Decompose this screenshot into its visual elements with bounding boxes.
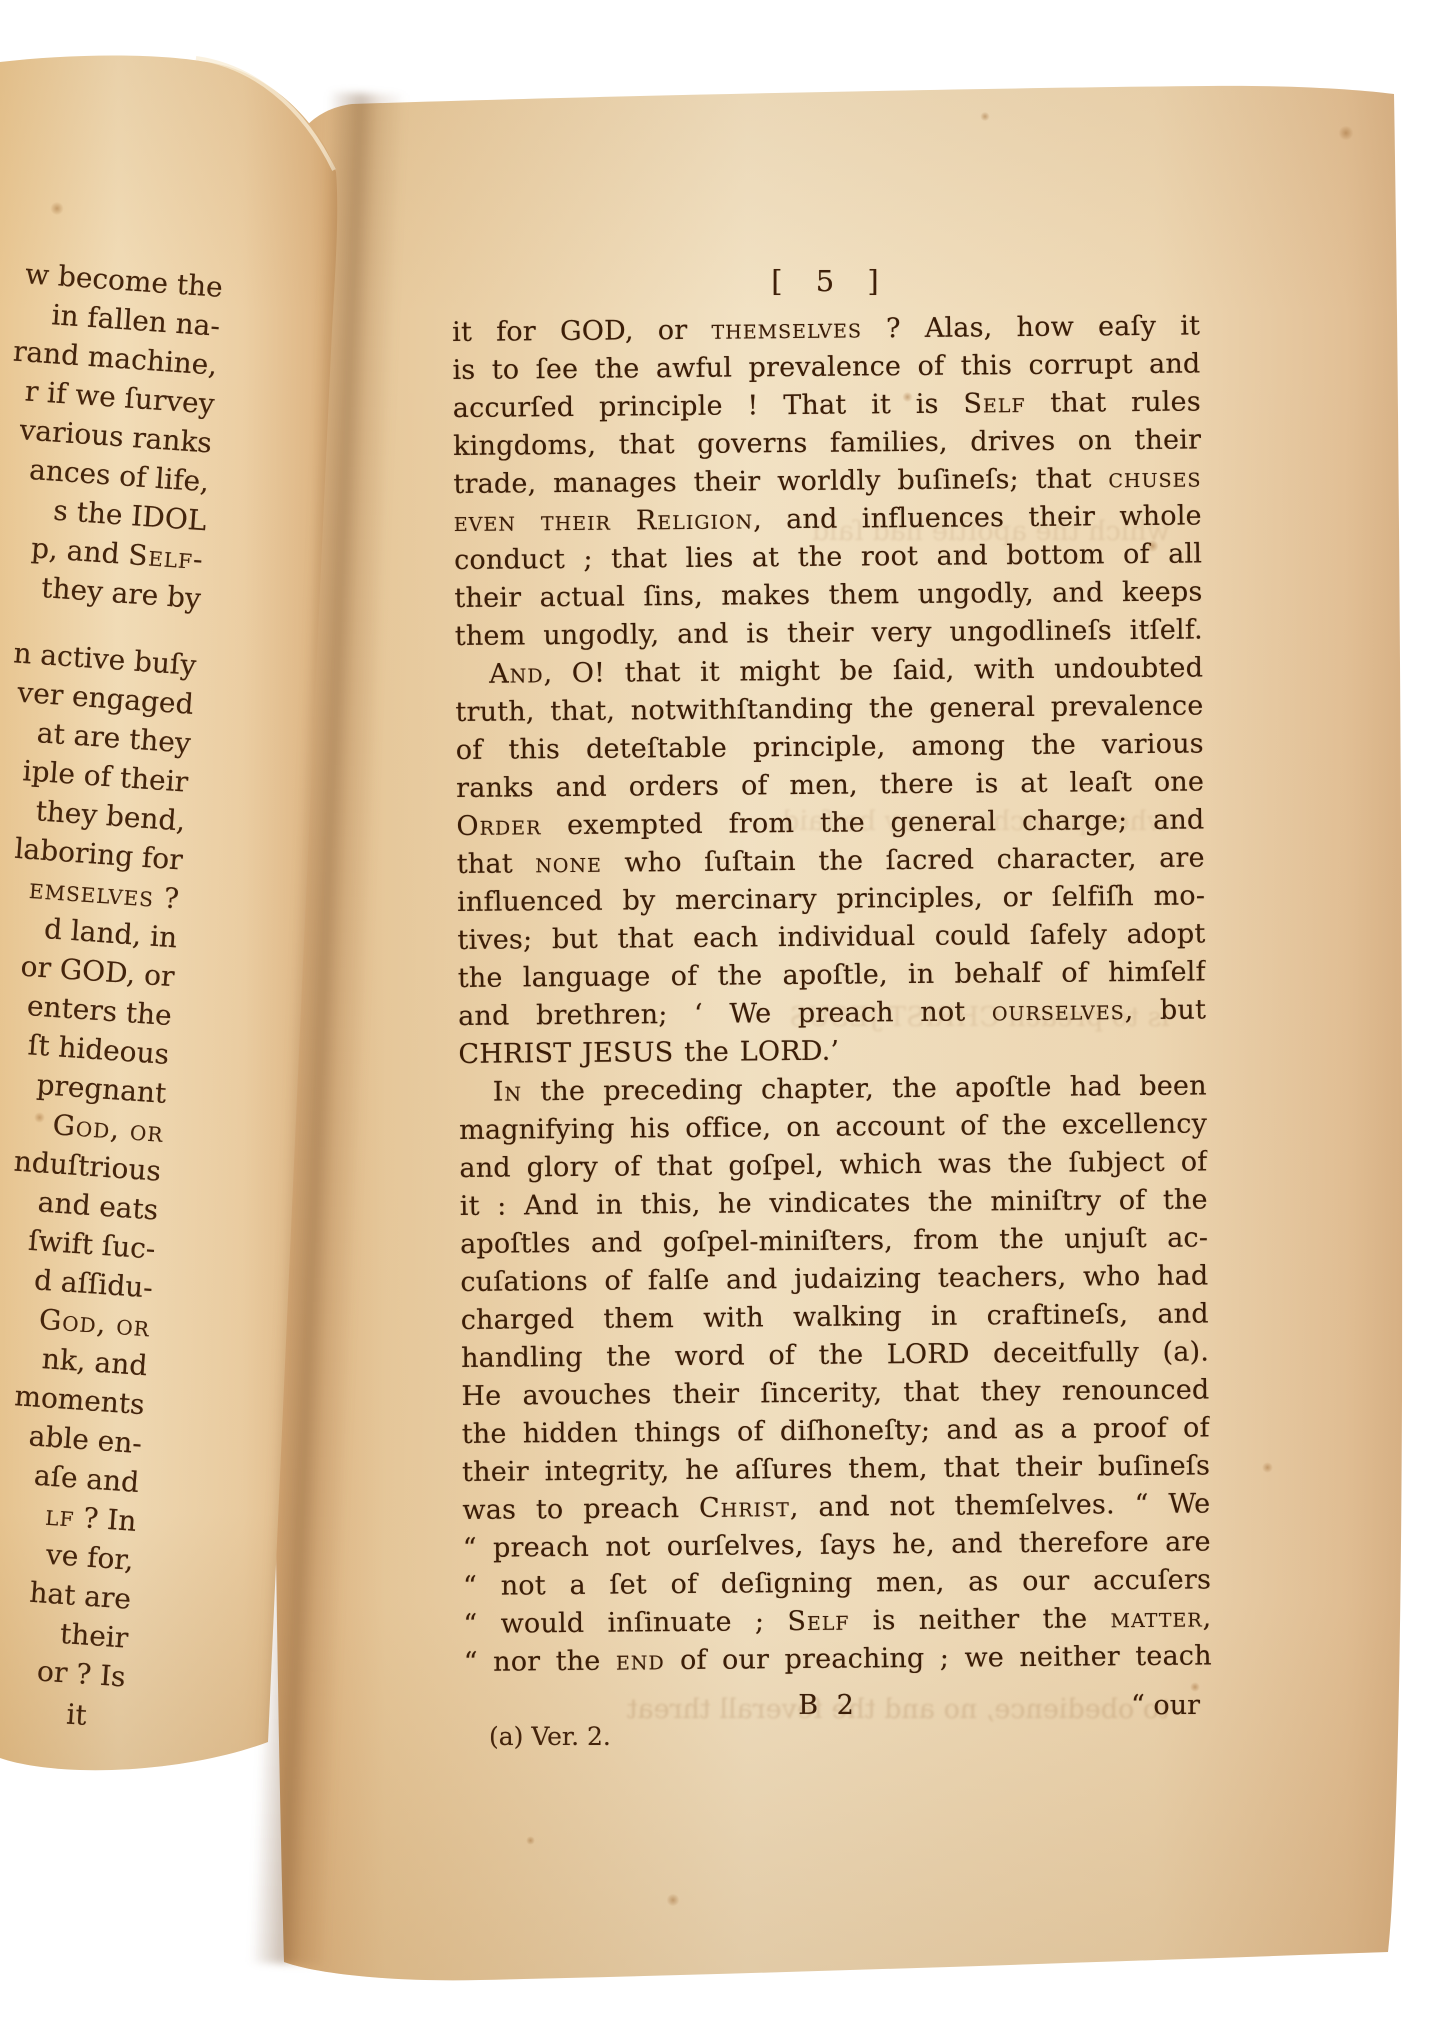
text-line: cuſations of falſe and judaizing teacher…: [460, 1257, 1208, 1302]
text-line: of this deteſtable principle, among the …: [456, 725, 1204, 770]
text-segment: d land, in: [43, 912, 178, 954]
text-segment: Order: [456, 810, 541, 842]
text-line: “ preach not ourſelves, ſays he, and the…: [463, 1523, 1211, 1568]
text-segment: the preceding chapter, the apoſtle had b…: [522, 1070, 1207, 1107]
text-segment: nk, and: [41, 1342, 148, 1382]
text-segment: able en-: [28, 1419, 143, 1460]
text-segment: conduct ; that lies at the root and bott…: [454, 538, 1202, 576]
text-segment: lf: [44, 1499, 75, 1534]
text-segment: it for GOD, or: [452, 315, 712, 348]
text-segment: ? Alas, how eaſy it: [862, 310, 1200, 344]
text-line: even their Religion, and influences thei…: [454, 497, 1202, 542]
text-segment: d aſſidu-: [33, 1263, 154, 1304]
text-segment: p, and: [30, 531, 129, 571]
text-line: In the preceding chapter, the apoſtle ha…: [459, 1067, 1207, 1112]
text-segment: Self-: [127, 538, 205, 576]
text-line: ranks and orders of men, there is at lea…: [456, 763, 1204, 808]
text-segment: truth, that, notwithſtanding the general…: [455, 690, 1203, 728]
text-segment: is neither the: [849, 1603, 1110, 1636]
text-segment: ,: [1202, 1602, 1211, 1633]
text-segment: or ? Is: [36, 1654, 127, 1693]
text-segment: none: [535, 848, 602, 880]
foxing-spot: [50, 202, 64, 215]
foxing-spot: [34, 1112, 45, 1123]
text-segment: trade, manages their worldly buſineſs; t…: [453, 463, 1108, 500]
signature-mark: B 2: [701, 1690, 950, 1721]
foxing-spot: [902, 392, 913, 402]
text-line: handling the word of the LORD deceitfull…: [461, 1333, 1209, 1378]
foxing-spot: [980, 112, 990, 121]
text-segment: charged them with walking in craftineſs,…: [461, 1298, 1209, 1336]
text-line: truth, that, notwithſtanding the general…: [455, 687, 1203, 732]
text-line: their actual ſins, makes them ungodly, a…: [454, 573, 1202, 618]
text-segment: their integrity, he aſſures them, that t…: [462, 1450, 1210, 1488]
text-segment: handling the word of the LORD deceitfull…: [461, 1336, 1209, 1374]
text-segment: In: [493, 1076, 523, 1107]
text-line: Order exempted from the general charge; …: [456, 801, 1204, 846]
text-segment: exempted from the general charge; and: [541, 804, 1204, 841]
text-line: And, O! that it might be ſaid, with undo…: [455, 649, 1203, 694]
foxing-spot: [1146, 540, 1159, 552]
text-line: and brethren; ‘ We preach not ourselves,…: [458, 991, 1206, 1036]
foxing-spot: [1190, 1682, 1200, 1692]
text-line: was to preach Christ, and not themſelves…: [462, 1485, 1210, 1530]
text-segment: apoſtles and goſpel-miniſters, from the …: [460, 1222, 1208, 1260]
text-line: conduct ; that lies at the root and bott…: [454, 535, 1202, 580]
text-segment: Self: [963, 388, 1025, 420]
text-segment: , O! that it might be ſaid, with undoubt…: [543, 652, 1203, 689]
text-segment: accurſed principle ! That it is: [453, 389, 964, 424]
foxing-spot: [1262, 1462, 1273, 1473]
text-line: the hidden things of diſhoneſty; and as …: [462, 1409, 1210, 1454]
text-segment: their: [59, 1617, 129, 1655]
text-segment: ve for,: [45, 1538, 135, 1577]
text-segment: He avouches their ſincerity, that they r…: [461, 1374, 1209, 1412]
text-segment: CHRIST JESUS the LORD.’: [458, 1036, 839, 1070]
text-line: them ungodly, and is their very ungodlin…: [455, 611, 1203, 656]
text-segment: that: [457, 848, 536, 880]
text-segment: magnifying his office, on account of the…: [459, 1108, 1207, 1146]
signature-spacer: [452, 1690, 701, 1721]
page-number: [ 5 ]: [452, 264, 1200, 298]
text-segment: ranks and orders of men, there is at lea…: [456, 766, 1204, 804]
foxing-spot: [1338, 126, 1354, 140]
text-segment: ſwift ſuc-: [27, 1224, 156, 1266]
text-segment: matter: [1110, 1603, 1202, 1635]
text-segment: God, or: [38, 1303, 151, 1344]
text-line: He avouches their ſincerity, that they r…: [461, 1371, 1209, 1416]
right-page-text: it for GOD, or themselves ? Alas, how ea…: [452, 307, 1212, 1681]
text-segment: nduſtrious: [13, 1145, 162, 1188]
text-segment: them ungodly, and is their very ungodlin…: [455, 614, 1203, 652]
text-segment: Self: [787, 1606, 849, 1638]
text-segment: and glory of that goſpel, which was the …: [459, 1146, 1207, 1184]
text-segment: And: [489, 658, 544, 689]
text-line: it for GOD, or themselves ? Alas, how ea…: [452, 307, 1200, 352]
text-segment: they are by: [40, 571, 202, 615]
text-line: influenced by mercinary principles, or ſ…: [457, 877, 1205, 922]
text-line: charged them with walking in craftineſs,…: [461, 1295, 1209, 1340]
text-segment: “ nor the: [464, 1646, 616, 1678]
text-segment: ourselves: [992, 995, 1125, 1027]
text-segment: of our preaching ; we neither teach: [664, 1640, 1211, 1676]
text-line: “ not a ſet of deſigning men, as our acc…: [463, 1561, 1211, 1606]
text-segment: who ſuſtain the ſacred character, are: [602, 842, 1205, 878]
text-segment: tives; but that each individual could ſa…: [457, 918, 1205, 956]
text-line: kingdoms, that governs families, drives …: [453, 421, 1201, 466]
photo-background: which the apoſtle had ſaid when preacher…: [0, 0, 1445, 2023]
text-line: tives; but that each individual could ſa…: [457, 915, 1205, 960]
text-segment: moments: [13, 1379, 145, 1421]
text-segment: is to ſee the awful prevalence of this c…: [452, 348, 1200, 386]
text-line: “ nor the end of our preaching ; we neit…: [464, 1637, 1212, 1682]
text-segment: was to preach: [462, 1493, 699, 1526]
text-line: apoſtles and goſpel-miniſters, from the …: [460, 1219, 1208, 1264]
text-segment: and eats: [37, 1185, 159, 1226]
text-line: magnifying his office, on account of the…: [459, 1105, 1207, 1150]
signature-row: B 2 “ our: [452, 1690, 1200, 1721]
text-segment: themselves: [711, 313, 862, 345]
text-segment: “ not a ſet of deſigning men, as our acc…: [463, 1564, 1211, 1602]
text-segment: ? In: [73, 1501, 137, 1538]
text-segment: end: [616, 1645, 665, 1676]
text-line: trade, manages their worldly buſineſs; t…: [453, 459, 1201, 504]
text-line: their integrity, he aſſures them, that t…: [462, 1447, 1210, 1492]
text-segment: Christ: [699, 1492, 790, 1524]
text-segment: , and not themſelves. “ We: [790, 1488, 1211, 1523]
text-segment: that rules: [1025, 386, 1201, 419]
text-line: that none who ſuſtain the ſacred charact…: [457, 839, 1205, 884]
text-segment: the language of the apoſtle, in behalf o…: [458, 956, 1206, 994]
text-line: the language of the apoſtle, in behalf o…: [458, 953, 1206, 998]
text-segment: God, or: [52, 1108, 165, 1149]
foxing-spot: [666, 1894, 680, 1906]
text-segment: , but: [1125, 994, 1207, 1026]
footnote: (a) Ver. 2.: [489, 1722, 611, 1751]
text-segment: “ preach not ourſelves, ſays he, and the…: [463, 1526, 1211, 1564]
text-segment: it : And in this, he vindicates the mini…: [460, 1184, 1208, 1222]
text-segment: “ would inſinuate ;: [463, 1606, 787, 1640]
text-segment: cuſations of falſe and judaizing teacher…: [460, 1260, 1208, 1298]
text-segment: their actual ſins, makes them ungodly, a…: [454, 576, 1202, 614]
text-segment: ſt hideous: [27, 1028, 170, 1071]
text-line: it : And in this, he vindicates the mini…: [460, 1181, 1208, 1226]
text-line: CHRIST JESUS the LORD.’: [458, 1029, 1206, 1074]
text-line: “ would inſinuate ; Self is neither the …: [463, 1599, 1211, 1644]
text-segment: the hidden things of diſhoneſty; and as …: [462, 1412, 1210, 1450]
text-segment: influenced by mercinary principles, or ſ…: [457, 880, 1205, 918]
text-segment: even their Religion: [454, 504, 754, 538]
text-segment: pregnant: [36, 1068, 168, 1110]
foxing-spot: [526, 1836, 535, 1845]
catchword: “ our: [951, 1690, 1200, 1721]
text-segment: hat are: [28, 1576, 132, 1616]
text-line: is to ſee the awful prevalence of this c…: [452, 345, 1200, 390]
text-segment: kingdoms, that governs families, drives …: [453, 424, 1201, 462]
text-segment: chuses: [1108, 462, 1201, 494]
text-segment: , and influences their whole: [753, 500, 1202, 535]
text-segment: and brethren; ‘ We preach not: [458, 996, 992, 1032]
text-line: accurſed principle ! That it is Self tha…: [453, 383, 1201, 428]
text-line: and glory of that goſpel, which was the …: [459, 1143, 1207, 1188]
text-segment: aſe and: [33, 1459, 140, 1499]
text-segment: of this deteſtable principle, among the …: [456, 728, 1204, 766]
